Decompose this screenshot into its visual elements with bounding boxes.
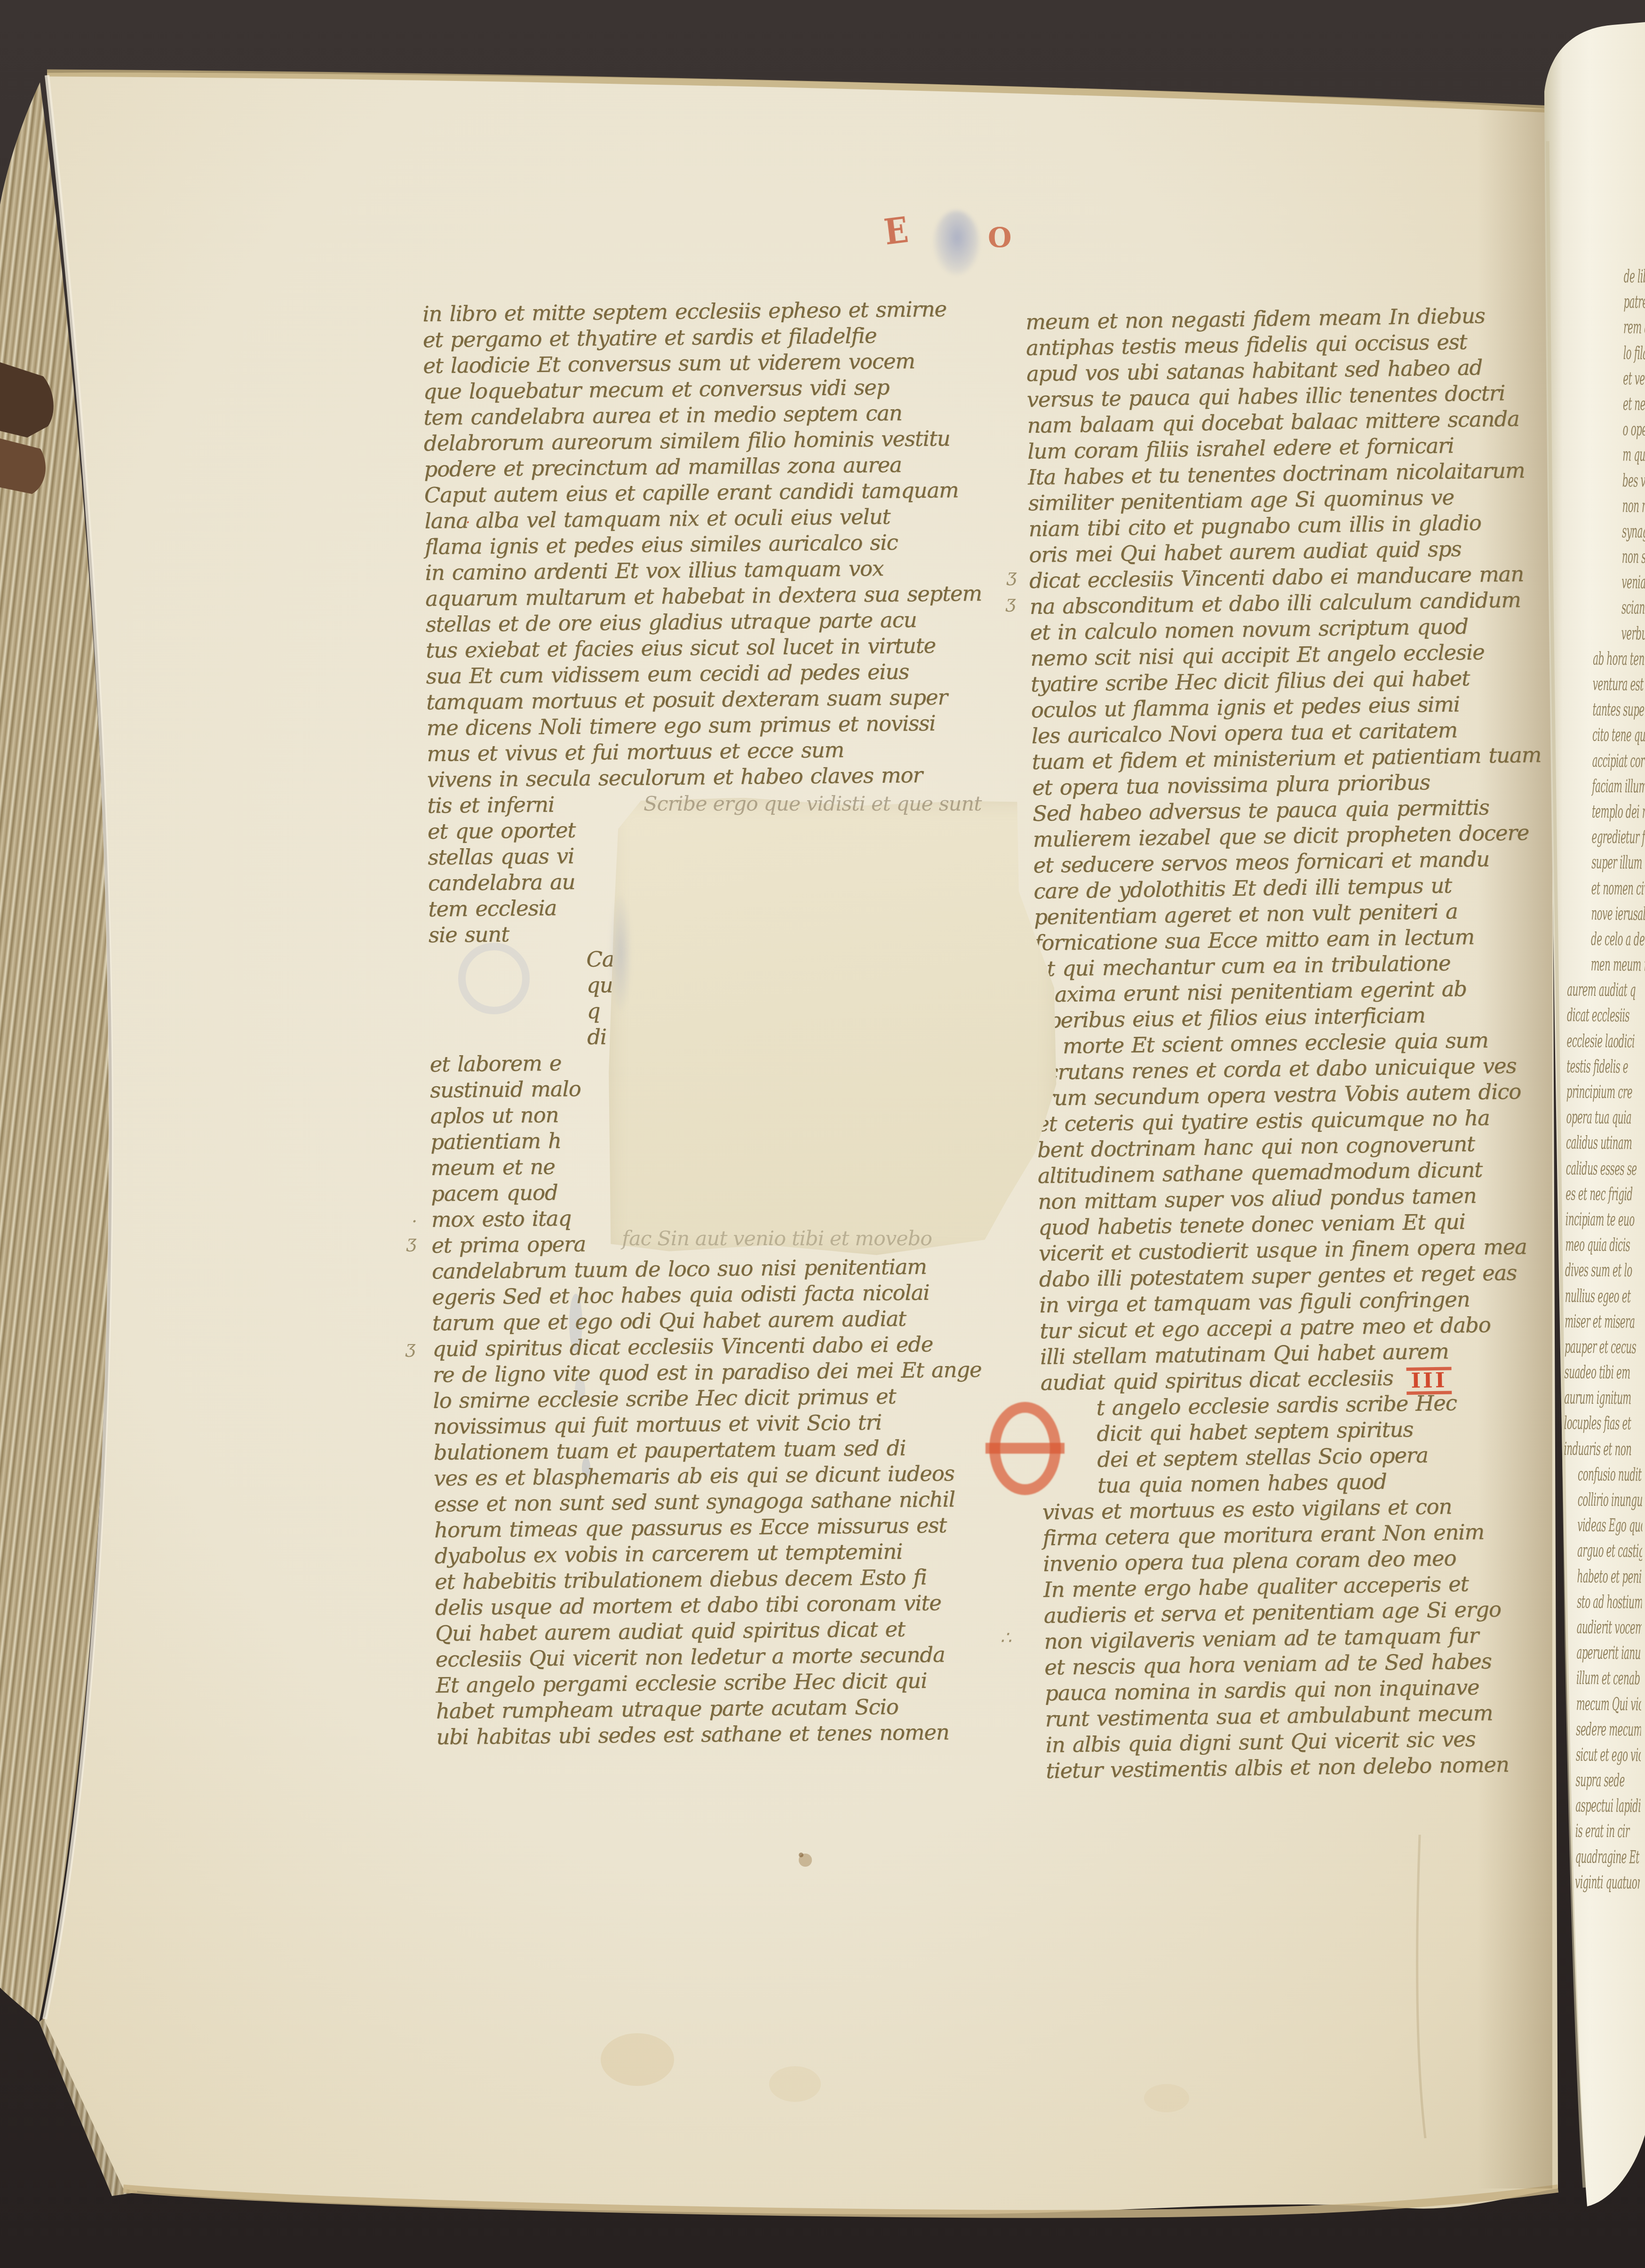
repair-patch	[606, 797, 1060, 1259]
next-page-line: templo dei mei	[1592, 799, 1621, 825]
next-page-line: et verus qui ha	[1623, 366, 1637, 391]
next-page-line: incipiam te euo	[1566, 1206, 1607, 1232]
next-page-line: m quod nemo p	[1622, 442, 1637, 468]
next-page-line: miser et misera	[1565, 1308, 1606, 1334]
initial-bar	[985, 1443, 1064, 1454]
next-page-line: videas Ego quo	[1577, 1512, 1611, 1538]
margin-mark: ʒ	[405, 1338, 415, 1356]
stain-2	[769, 2066, 821, 2102]
next-page-line: principium cre	[1566, 1079, 1608, 1105]
next-page-line: confusio nudit	[1578, 1461, 1612, 1487]
next-page-line: super illum no	[1591, 850, 1621, 875]
margin-mark: ʒ	[1007, 566, 1017, 584]
next-page-line: is erat in cir	[1575, 1818, 1609, 1844]
next-page-line: calidus esses se	[1566, 1155, 1607, 1181]
manuscript-line: flama ignis et pedes eius similes aurica…	[425, 529, 966, 560]
next-page-line: accipiat corona	[1592, 748, 1621, 773]
next-page-line: aurum ignitum	[1564, 1385, 1605, 1411]
chapter-initial-E	[989, 1402, 1061, 1495]
next-page-line: egredietur for	[1591, 824, 1621, 850]
manuscript-line: lo smirne ecclesie scribe Hec dicit prim…	[433, 1383, 974, 1414]
next-page-line: cito tene quod	[1592, 722, 1621, 748]
next-page-line: sto ad hostium	[1577, 1589, 1611, 1615]
next-page-line: nullius egeo et	[1565, 1283, 1606, 1309]
next-page-line: ventura est in	[1593, 671, 1622, 697]
next-page-line: nove ierusalem	[1591, 900, 1620, 926]
next-page-line: induaris et non	[1564, 1436, 1605, 1462]
next-page-line: non negasti no	[1622, 493, 1637, 518]
next-page-edge-text: de libro vitepatre meo et crem audiat qu…	[1557, 263, 1645, 1901]
margin-mark: ʒ	[1006, 593, 1016, 611]
next-page-line: veniant et ado	[1621, 569, 1636, 595]
next-page-line: suadeo tibi em	[1565, 1359, 1606, 1385]
next-page-line: aspectui lapidi	[1575, 1793, 1609, 1819]
margin-mark: ʒ	[406, 1233, 416, 1250]
next-page-line: rem audiat quid	[1623, 315, 1638, 340]
running-header-letter-left: E	[882, 212, 910, 250]
next-page-line: de celo a deo	[1591, 926, 1620, 952]
next-page-line: tantes super te	[1592, 697, 1621, 723]
next-page-line: non sunt sed m	[1622, 544, 1637, 569]
next-page-line: synagoga satha	[1622, 518, 1637, 544]
next-page-line: pauper et cecus	[1565, 1334, 1606, 1360]
next-page-line: bes virtutem e	[1622, 468, 1637, 493]
next-page-line: locuples fias et	[1564, 1410, 1605, 1436]
right-text-column: meum et non negasti fidem meam In diebus…	[1025, 302, 1559, 1784]
next-page-line: opera tua quia	[1566, 1105, 1607, 1130]
next-page-line: faciam illum c	[1592, 773, 1621, 799]
next-page-line: verbum paciencie	[1621, 621, 1636, 646]
manuscript-line: me dicens Noli timere ego sum primus et …	[426, 710, 967, 741]
next-page-line: audierit vocem	[1577, 1615, 1611, 1640]
manuscript-line: ubi habitas ubi sedes est sathane et ten…	[436, 1719, 977, 1750]
next-page-line: calidus utinam	[1566, 1130, 1607, 1156]
next-page-line: lo filadelphie	[1623, 340, 1638, 366]
blue-smudge-on-patch	[610, 894, 631, 1011]
next-page-line: patre meo et c	[1623, 289, 1638, 314]
manuscript-line: in libro et mitte septem ecclesiis ephes…	[422, 296, 963, 327]
margin-mark: ·	[466, 514, 470, 532]
next-page-line: habeto et peni	[1577, 1563, 1611, 1589]
next-page-line: de libro vite	[1624, 263, 1638, 289]
next-page-line: ecclesie laodici	[1566, 1028, 1608, 1054]
next-page-line: sedere mecum i	[1576, 1716, 1610, 1742]
next-page-line: dives sum et lo	[1565, 1257, 1606, 1283]
stain-fleck	[799, 1853, 803, 1857]
next-page-line: sicut et ego vic	[1576, 1742, 1610, 1767]
next-page-line: aurem audiat q	[1567, 977, 1608, 1003]
stain-3	[1144, 2084, 1189, 2112]
next-page-line: o opera tua ecc	[1622, 416, 1637, 442]
margin-mark: ∴	[1000, 1629, 1011, 1647]
next-page-line: es et nec frigid	[1566, 1181, 1607, 1207]
patch-ghost-text-top: Scribe ergo que vidisti et que sunt	[644, 791, 981, 817]
next-page-line: testis fidelis e	[1566, 1053, 1608, 1079]
margin-mark: .	[412, 1207, 417, 1225]
next-page-line: quadragine Et	[1575, 1844, 1609, 1870]
next-page-line: illum et cenab	[1576, 1665, 1610, 1691]
next-page-line: dicat ecclesiis	[1567, 1003, 1608, 1028]
next-page-line: et nomen civit	[1591, 875, 1621, 901]
next-page-line: meo quia dicis	[1565, 1232, 1606, 1258]
next-page-line: aperuerit ianu	[1576, 1640, 1610, 1666]
next-page-line: sciant quia ego	[1621, 595, 1636, 621]
stain-1	[601, 2033, 674, 2086]
next-page-line: arguo et castig	[1577, 1538, 1611, 1564]
patch-ghost-text-bottom: fac Sin aut venio tibi et movebo	[622, 1226, 932, 1252]
manuscript-photo: E O in libro et mitte septem ecclesiis e…	[0, 0, 1645, 2268]
running-header-letter-right: O	[988, 224, 1012, 251]
next-page-line: supra sede	[1575, 1767, 1609, 1793]
next-page-line: ab hora tenta	[1593, 646, 1622, 672]
next-page-line: viginti quatuor	[1575, 1869, 1609, 1895]
next-page-line: collirio inungu	[1578, 1487, 1612, 1513]
manuscript-line: vivens in secula seculorum et habeo clav…	[427, 762, 968, 793]
next-page-line: mecum Qui vic	[1576, 1691, 1610, 1717]
next-page-line: et nemo claudit	[1623, 391, 1637, 416]
blue-smudge-icon	[934, 211, 979, 275]
next-page-line: men meum nou	[1591, 952, 1620, 978]
